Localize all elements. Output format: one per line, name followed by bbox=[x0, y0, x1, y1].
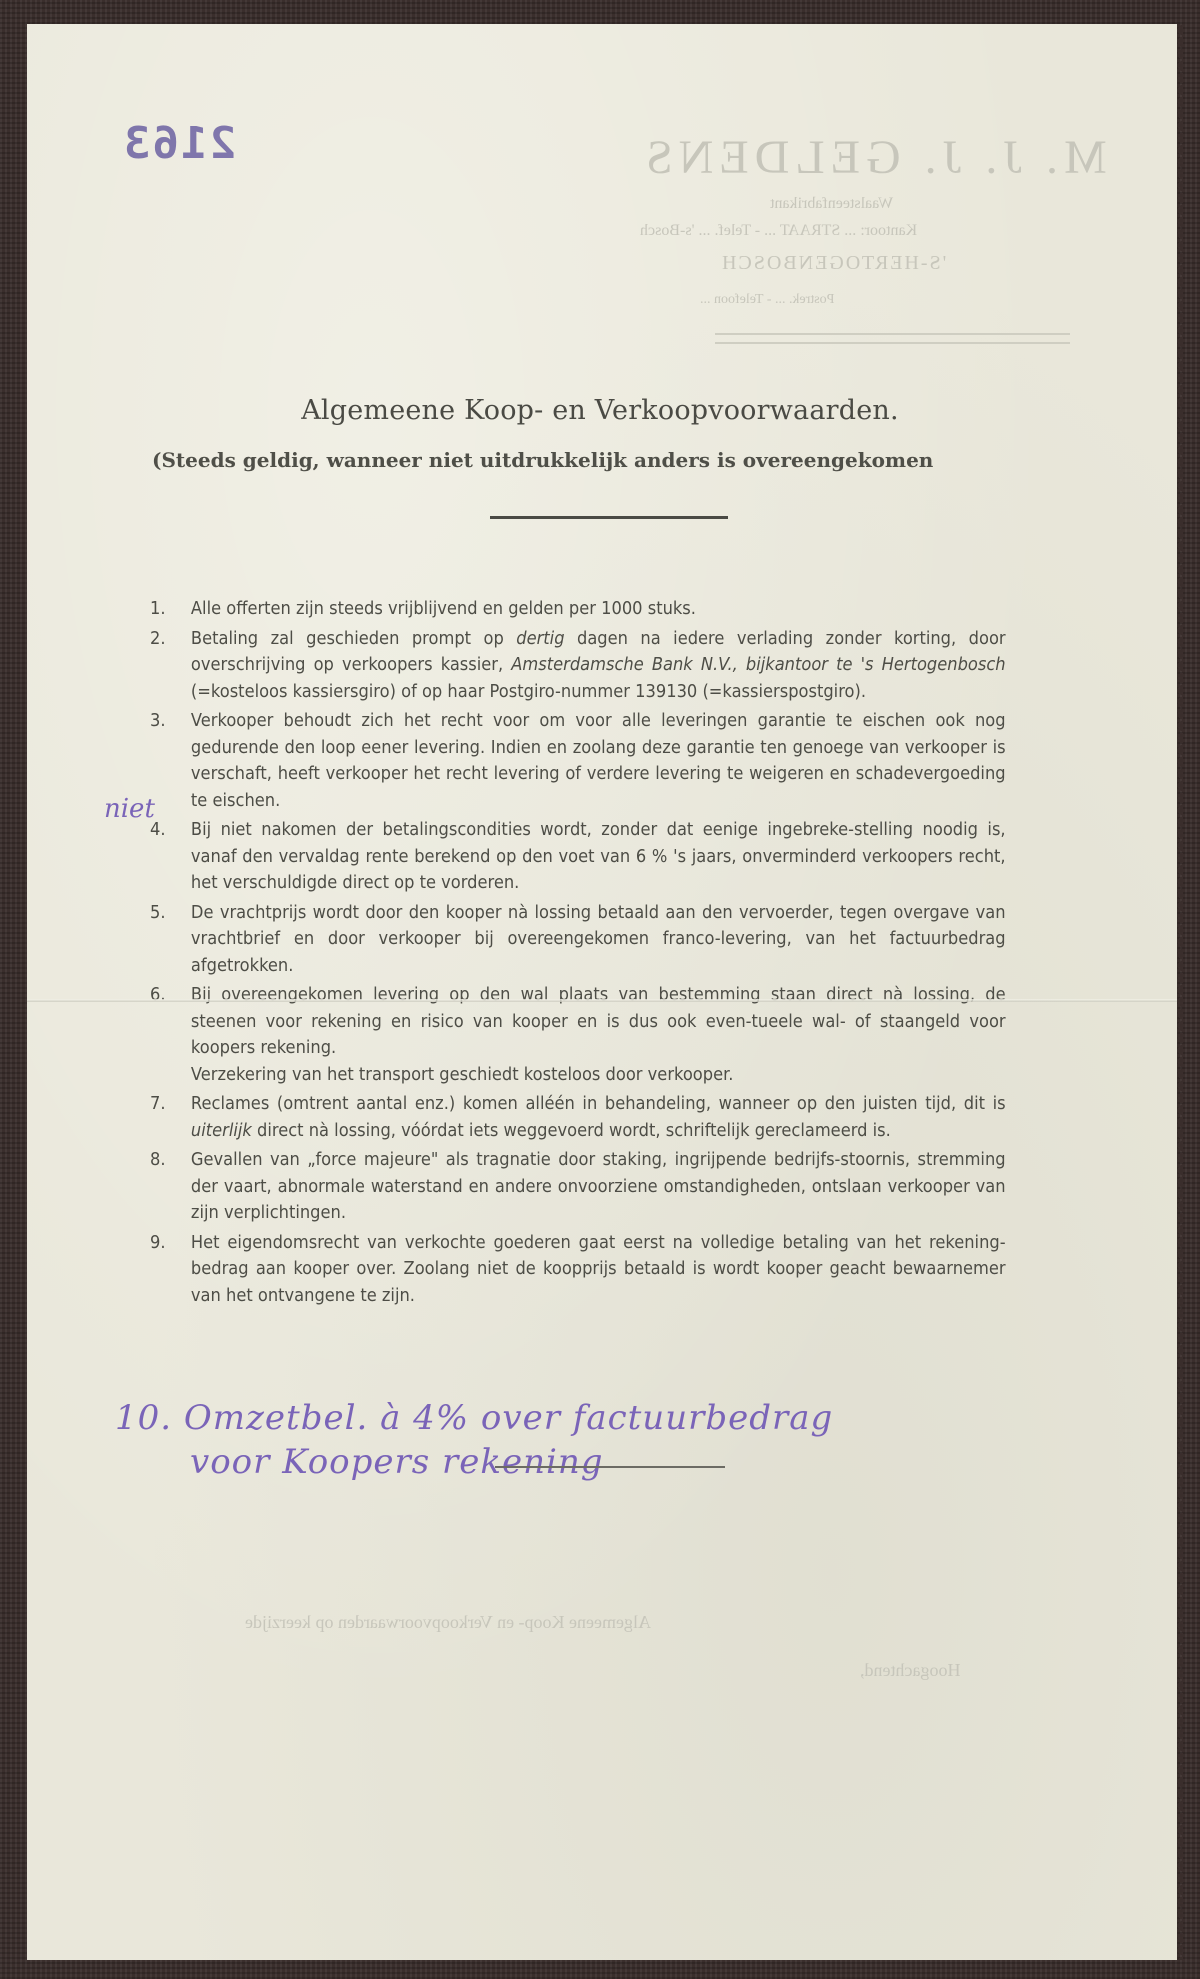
letterhead-rule bbox=[715, 342, 1070, 344]
footer-showthrough: Algemeene Koop- en Verkoopvoorwaarden op… bbox=[245, 1612, 651, 1633]
handwritten-clause-10-line2: voor Koopers rekening bbox=[190, 1442, 604, 1482]
clause-list: 1. Alle offerten zijn steeds vrijblijven… bbox=[150, 596, 1006, 1312]
clause-text: Verkooper behoudt zich het recht voor om… bbox=[191, 708, 1006, 814]
clause-1: 1. Alle offerten zijn steeds vrijblijven… bbox=[150, 596, 1006, 623]
clause-number: 3. bbox=[150, 708, 191, 814]
clause-4: 4. Bij niet nakomen der betalingsconditi… bbox=[150, 817, 1006, 897]
handwritten-clause-10-line1: 10. Omzetbel. à 4% over factuurbedrag bbox=[115, 1398, 833, 1438]
clause-9: 9. Het eigendomsrecht van verkochte goed… bbox=[150, 1230, 1006, 1310]
clause-text: Het eigendomsrecht van verkochte goedere… bbox=[191, 1230, 1006, 1310]
clause-3: 3. Verkooper behoudt zich het recht voor… bbox=[150, 708, 1006, 814]
clause-text: Reclames (omtrent aantal enz.) komen all… bbox=[191, 1091, 1006, 1144]
clause-number: 1. bbox=[150, 596, 191, 623]
letterhead-showthrough-line2: Kantoor: ... STRAAT ... - Telef. ... 's-… bbox=[640, 222, 917, 240]
document-subtitle: (Steeds geldig, wanneer niet uitdrukkeli… bbox=[152, 448, 1052, 472]
footer-showthrough-closing: Hoogachtend, bbox=[860, 1660, 960, 1681]
clause-text: Bij niet nakomen der betalingscondities … bbox=[191, 817, 1006, 897]
clause-text: De vrachtprijs wordt door den kooper nà … bbox=[191, 900, 1006, 980]
clause-number: 9. bbox=[150, 1230, 191, 1310]
clause-text-part: Betaling zal geschieden prompt op bbox=[191, 629, 516, 649]
letterhead-showthrough-line1: Waalsteenfabrikant bbox=[770, 195, 893, 213]
clause-emphasis: uiterlijk bbox=[191, 1121, 252, 1141]
clause-number: 2. bbox=[150, 626, 191, 706]
clause-text: Alle offerten zijn steeds vrijblijvend e… bbox=[191, 596, 1006, 623]
handwritten-underline bbox=[495, 1466, 725, 1468]
handwritten-margin-note: niet bbox=[104, 794, 155, 824]
paper-fold-crease bbox=[27, 999, 1177, 1002]
letterhead-showthrough-line3: 'S-HERTOGENBOSCH bbox=[720, 252, 946, 275]
letterhead-rule bbox=[715, 333, 1070, 335]
bank-name: Amsterdamsche Bank N.V., bijkantoor te '… bbox=[511, 655, 1005, 675]
clause-7: 7. Reclames (omtrent aantal enz.) komen … bbox=[150, 1091, 1006, 1144]
clause-text-part: Verzekering van het transport geschiedt … bbox=[191, 1065, 734, 1085]
document-title: Algemeene Koop- en Verkoopvoorwaarden. bbox=[0, 395, 1200, 426]
perforated-edge bbox=[1171, 24, 1183, 1960]
clause-6: 6. Bij overeengekomen levering op den wa… bbox=[150, 982, 1006, 1088]
title-divider bbox=[490, 516, 728, 519]
clause-number: 5. bbox=[150, 900, 191, 980]
clause-number: 8. bbox=[150, 1147, 191, 1227]
clause-emphasis: dertig bbox=[516, 629, 564, 649]
clause-text: Bij overeengekomen levering op den wal p… bbox=[191, 982, 1006, 1088]
letterhead-showthrough-company: M. J. J. GELDENS bbox=[640, 130, 1107, 185]
clause-8: 8. Gevallen van „force majeure" als trag… bbox=[150, 1147, 1006, 1227]
clause-text-part: direct nà lossing, vóórdat iets weggevoe… bbox=[252, 1121, 891, 1141]
clause-5: 5. De vrachtprijs wordt door den kooper … bbox=[150, 900, 1006, 980]
clause-text: Gevallen van „force majeure" als tragnat… bbox=[191, 1147, 1006, 1227]
clause-number: 6. bbox=[150, 982, 191, 1088]
clause-text-part: (=kosteloos kassiersgiro) of op haar Pos… bbox=[191, 682, 866, 702]
clause-number: 4. bbox=[150, 817, 191, 897]
letterhead-showthrough-line4: Postrek. ... - Telefoon ... bbox=[700, 292, 834, 308]
clause-text: Betaling zal geschieden prompt op dertig… bbox=[191, 626, 1006, 706]
clause-text-part: Reclames (omtrent aantal enz.) komen all… bbox=[191, 1094, 1006, 1114]
clause-number: 7. bbox=[150, 1091, 191, 1144]
clause-text-part: Bij overeengekomen levering op den wal p… bbox=[191, 985, 1006, 1058]
number-stamp: 2163 bbox=[122, 118, 236, 169]
clause-2: 2. Betaling zal geschieden prompt op der… bbox=[150, 626, 1006, 706]
